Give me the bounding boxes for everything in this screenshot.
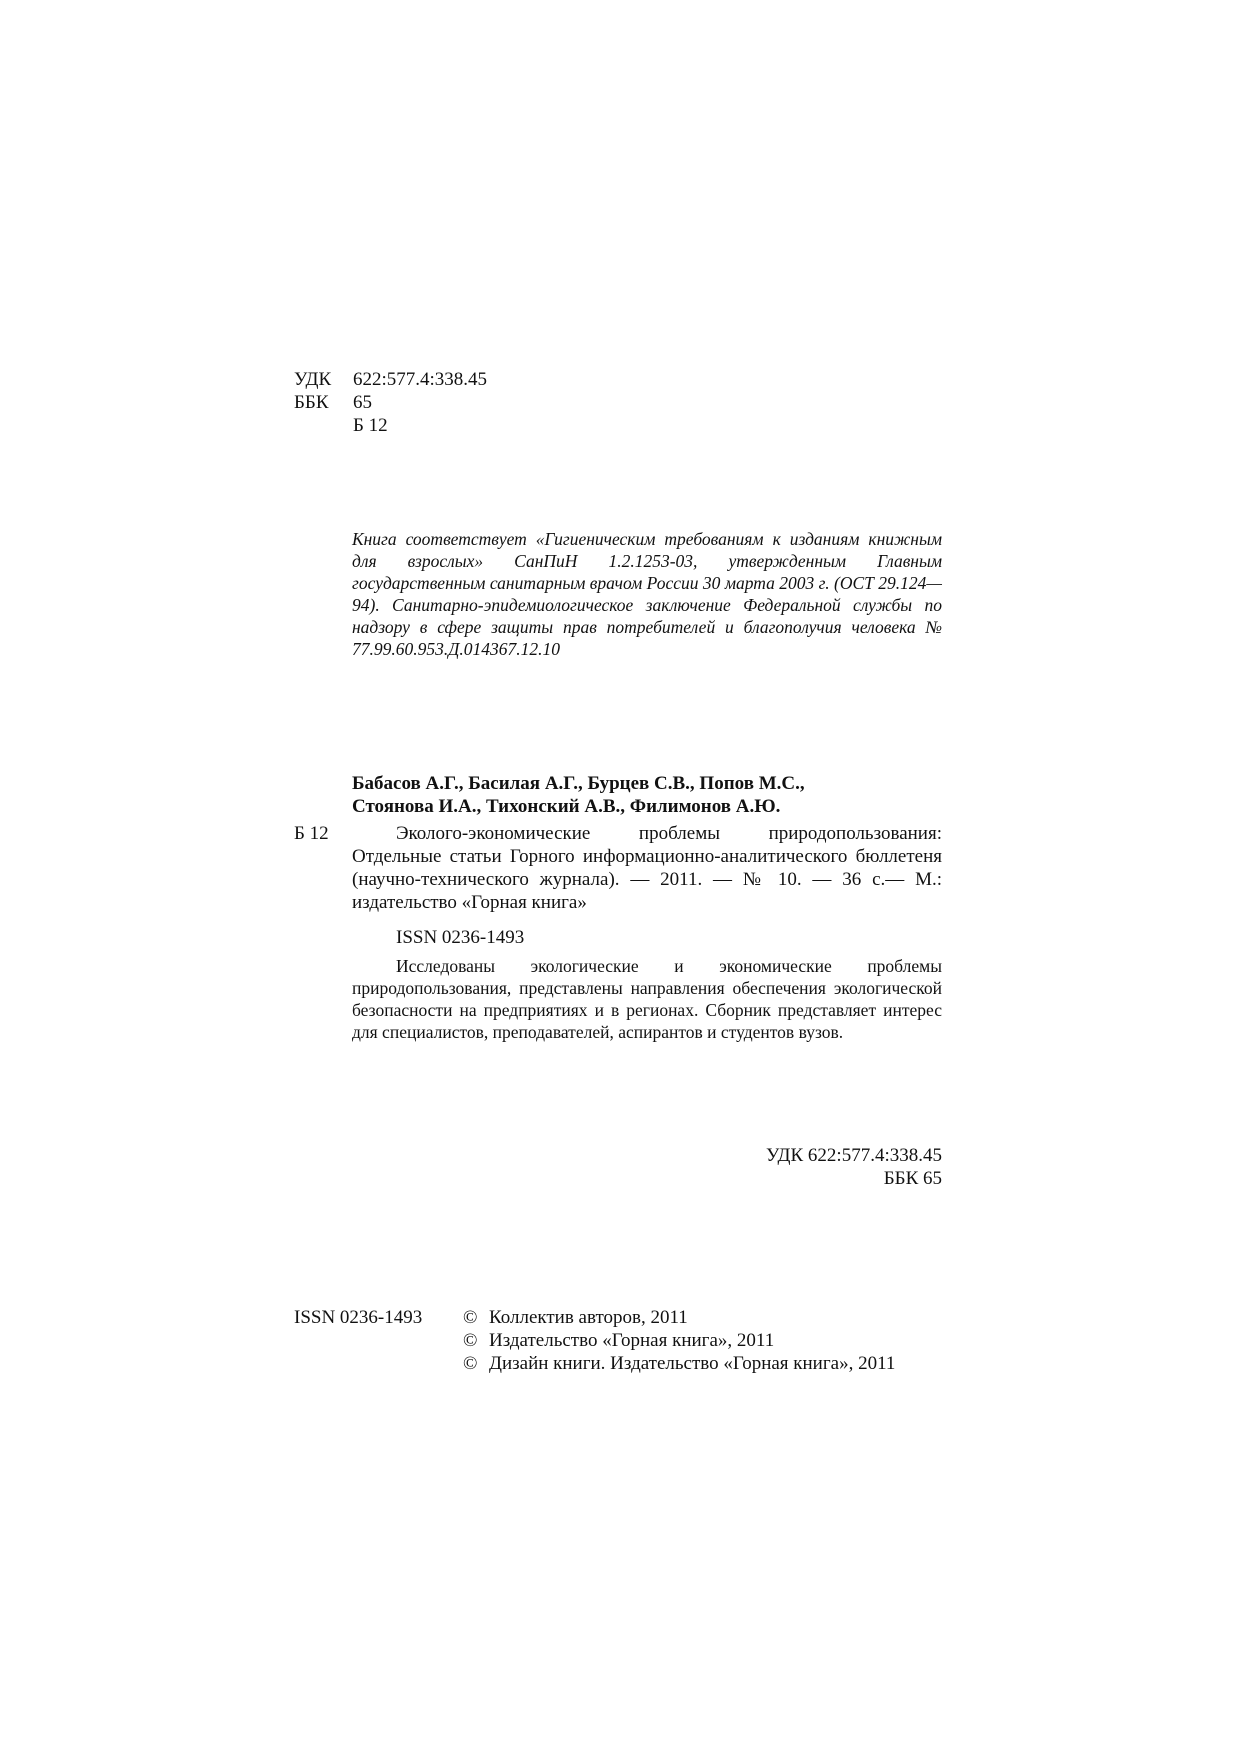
bibliographic-code: Б 12 — [294, 822, 329, 845]
issn-bottom: ISSN 0236-1493 — [294, 1306, 422, 1329]
classification-block: УДК 622:577.4:338.45 ББК 65 Б 12 — [294, 368, 487, 437]
copyright-text: Дизайн книги. Издательство «Горная книга… — [489, 1352, 895, 1375]
copyright-icon: © — [463, 1329, 489, 1352]
author-mark: Б 12 — [353, 414, 388, 437]
udk-value: 622:577.4:338.45 — [353, 368, 487, 391]
abstract: Исследованы экологические и экономически… — [352, 955, 942, 1043]
hygiene-note: Книга соответствует «Гигиеническим требо… — [352, 528, 942, 660]
bbk-label: ББК — [294, 391, 353, 414]
copyright-text: Коллектив авторов, 2011 — [489, 1306, 688, 1329]
bbk-row: ББК 65 — [294, 391, 487, 414]
bibliographic-description: Эколого-экономические проблемы природопо… — [352, 822, 942, 914]
classification-right: УДК 622:577.4:338.45 ББК 65 — [640, 1144, 942, 1190]
copyright-text: Издательство «Горная книга», 2011 — [489, 1329, 774, 1352]
bbk-value: 65 — [353, 391, 372, 414]
copyright-line: © Коллектив авторов, 2011 — [463, 1306, 895, 1329]
copyright-line: © Издательство «Горная книга», 2011 — [463, 1329, 895, 1352]
copyright-icon: © — [463, 1352, 489, 1375]
authors: Бабасов А.Г., Басилая А.Г., Бурцев С.В.,… — [352, 772, 952, 818]
copyright-block: © Коллектив авторов, 2011 © Издательство… — [463, 1306, 895, 1375]
issn-middle: ISSN 0236-1493 — [396, 926, 524, 949]
copyright-line: © Дизайн книги. Издательство «Горная кни… — [463, 1352, 895, 1375]
udk-label: УДК — [294, 368, 353, 391]
copyright-icon: © — [463, 1306, 489, 1329]
bbk-right: ББК 65 — [640, 1167, 942, 1190]
author-mark-row: Б 12 — [294, 414, 487, 437]
udk-right: УДК 622:577.4:338.45 — [640, 1144, 942, 1167]
udk-row: УДК 622:577.4:338.45 — [294, 368, 487, 391]
